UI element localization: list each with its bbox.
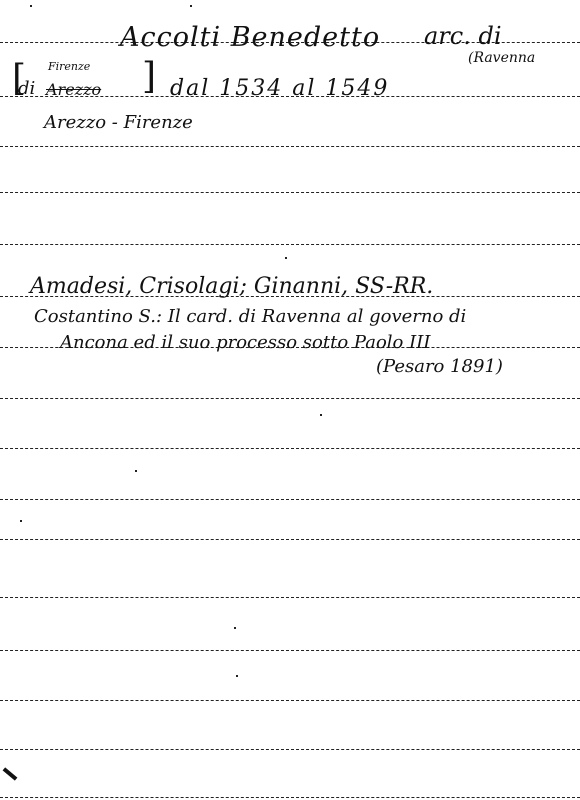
bracket-left: [ (12, 58, 26, 99)
bracket-struck-text: Arezzo (46, 80, 101, 99)
ruled-line (0, 448, 580, 449)
ruled-line (0, 700, 580, 701)
ruled-line (0, 192, 580, 193)
citation-line-2: Costantino S.: Il card. di Ravenna al go… (34, 306, 466, 327)
ruled-line (0, 146, 580, 147)
speck (135, 470, 137, 472)
citation-line-3: Ancona ed il suo processo sotto Paolo II… (60, 332, 430, 353)
speck (20, 520, 22, 522)
header-name: Accolti Benedetto (120, 22, 380, 53)
bracket-above-text: Firenze (48, 60, 90, 73)
index-card: Accolti Benedetto arc. di (Ravenna di [ … (0, 0, 580, 800)
ruled-line (0, 499, 580, 500)
ruled-line (0, 539, 580, 540)
ruled-line (0, 650, 580, 651)
ruled-line (0, 797, 580, 798)
speck (190, 5, 192, 7)
ruled-line (0, 597, 580, 598)
speck (285, 257, 287, 259)
ink-mark (3, 767, 18, 780)
speck (236, 675, 238, 677)
margin-note: (Ravenna (468, 50, 535, 66)
citation-line-1: Amadesi, Crisolagi; Ginanni, SS-RR. (30, 274, 433, 299)
ruled-line (0, 398, 580, 399)
citation-line-4: (Pesaro 1891) (376, 356, 503, 377)
speck (30, 5, 32, 7)
ruled-line (0, 749, 580, 750)
speck (320, 414, 322, 416)
speck (234, 627, 236, 629)
ruled-line (0, 244, 580, 245)
line3-places: Arezzo - Firenze (44, 112, 193, 133)
bracket-right: ] (142, 56, 156, 97)
date-range: dal 1534 al 1549 (170, 76, 389, 101)
header-suffix: arc. di (424, 22, 502, 50)
